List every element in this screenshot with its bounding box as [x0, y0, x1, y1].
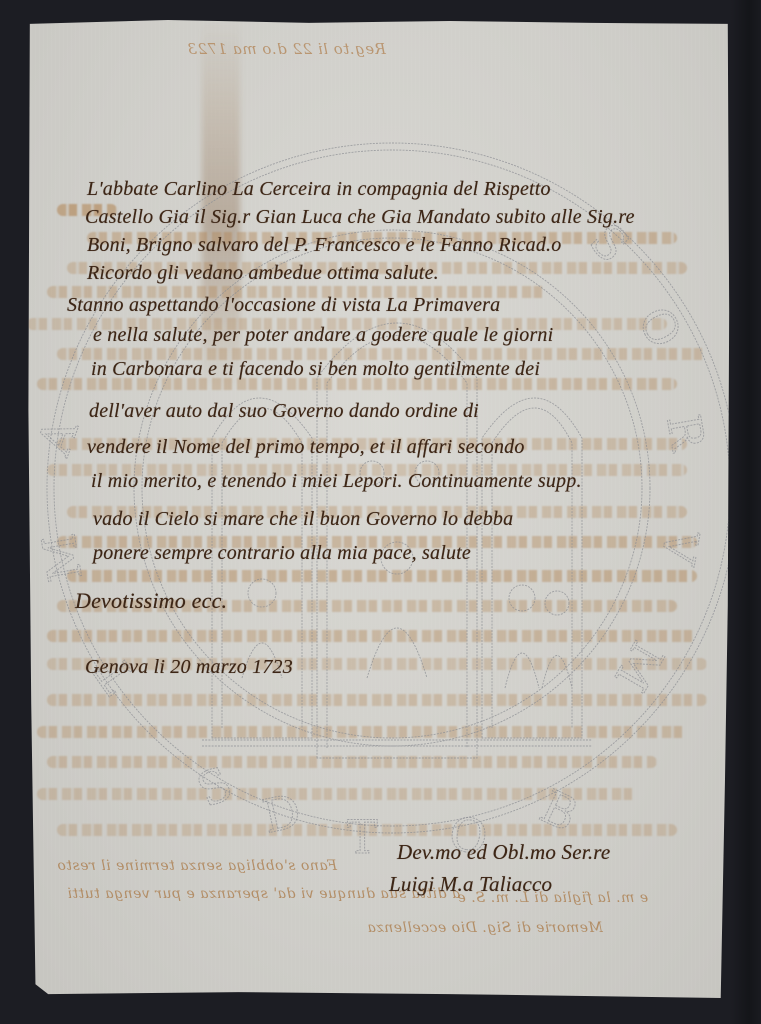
letter-line: dell'aver auto dal suo Governo dando ord… [89, 400, 479, 423]
letter-line: Ricordo gli vedano ambedue ottima salute… [87, 262, 439, 285]
letter-line: Boni, Brigno salvaro del P. Francesco e … [87, 234, 561, 257]
scan-canvas: Reg.to li 22 d.o ma 1723 Fano s'obbliga … [0, 0, 761, 1024]
letter-line: in Carbonara e ti facendo si ben molto g… [91, 358, 540, 381]
bleed-stroke [57, 824, 677, 836]
letter-line: Stanno aspettando l'occasione di vista L… [67, 294, 500, 317]
closing-formula: Dev.mo ed Obl.mo Ser.re [397, 840, 610, 865]
binding-shadow [731, 0, 761, 1024]
letter-line: Castello Gia il Sig.r Gian Luca che Gia … [85, 206, 635, 229]
letter-line: ponere sempre contrario alla mia pace, s… [93, 542, 471, 565]
letter-line: e nella salute, per poter andare a goder… [93, 324, 553, 347]
bleed-stroke [47, 630, 697, 642]
letter-line: il mio merito, e tenendo i miei Lepori. … [91, 470, 582, 493]
letter-line: L'abbate Carlino La Cerceira in compagni… [87, 178, 551, 201]
bleed-stroke [47, 756, 657, 768]
letter-line: vado il Cielo si mare che il buon Govern… [93, 508, 513, 531]
bleed-stroke [37, 726, 687, 738]
bleed-stroke [37, 788, 637, 800]
bleed-text-line: Fano s'obbliga senza termine il resto [57, 858, 337, 874]
letter-line: vendere il Nome del primo tempo, et il a… [87, 436, 525, 459]
place-date: Genova li 20 marzo 1723 [85, 656, 293, 679]
bleed-stroke [67, 570, 697, 582]
manuscript-page: Reg.to li 22 d.o ma 1723 Fano s'obbliga … [27, 18, 732, 998]
bleed-stroke [47, 694, 707, 706]
signature: Luigi M.a Taliacco [389, 872, 552, 897]
top-annotation: Reg.to li 22 d.o ma 1723 [187, 40, 386, 58]
bleed-text-line: Memorie di Sig. Dio eccellenza [367, 920, 603, 936]
letter-salutation: Devotissimo ecc. [75, 588, 227, 614]
